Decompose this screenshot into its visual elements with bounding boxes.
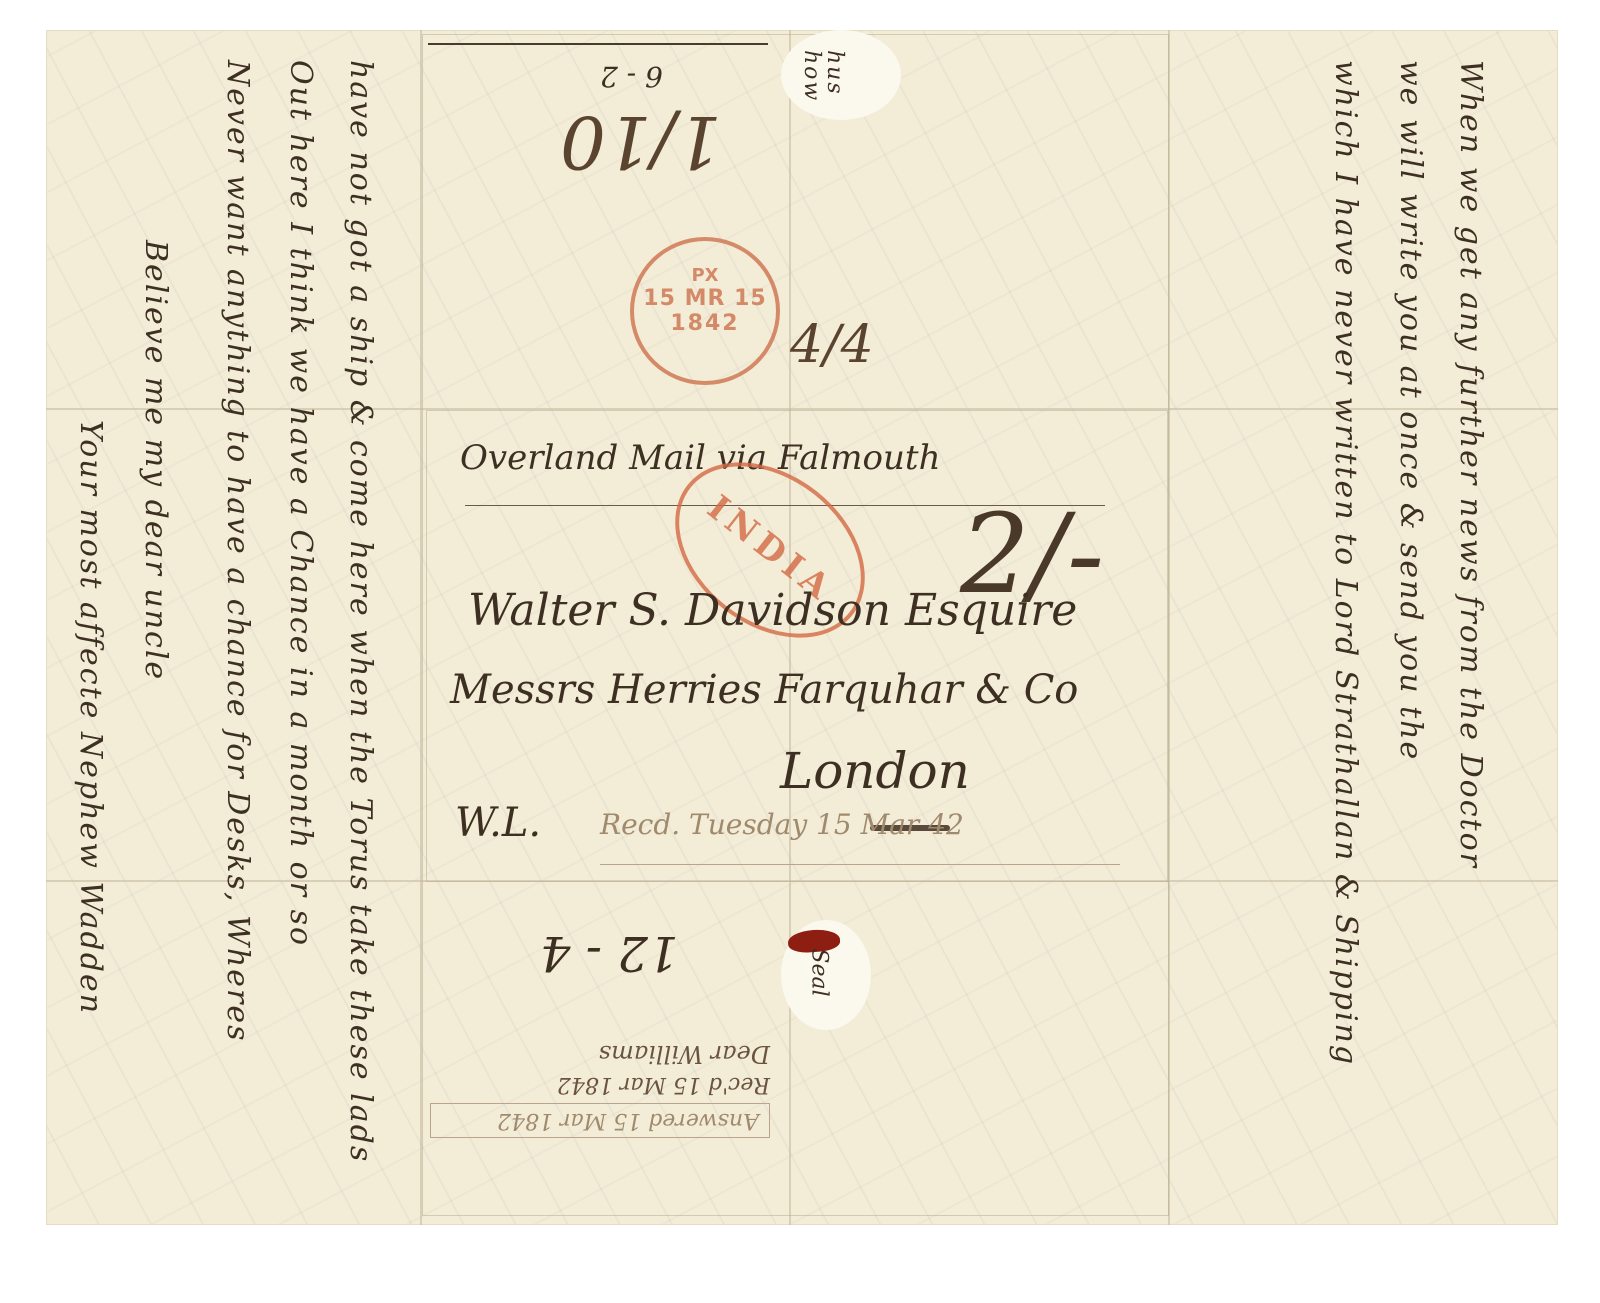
docket-answered: Answered 15 Mar 1842 [430, 1103, 770, 1138]
docket-salutation: Dear Williams [430, 1040, 770, 1068]
top-rate-mark: 1/10 [560, 100, 722, 184]
bottom-figures: 12 - 4 [540, 925, 678, 981]
rate-mark-mid: 4/4 [790, 315, 874, 375]
received-underline [600, 864, 1120, 865]
left-writing-line-2: Out here I think we have a Chance in a m… [285, 60, 315, 947]
fragment-2: how [800, 50, 822, 102]
right-writing-line-3: which I have never written to Lord Strat… [1330, 60, 1360, 1066]
right-writing-line-1: When we get any further news from the Do… [1455, 60, 1485, 869]
circular-datestamp: PX 15 MR 15 1842 [630, 237, 780, 385]
fragment-1: hus [823, 50, 845, 96]
left-writing-signature: Your most affecte Nephew Wadden [75, 420, 105, 1015]
top-rule [428, 43, 768, 45]
right-writing-line-2: we will write you at once & send you the [1395, 60, 1425, 761]
top-small-figures: 6 - 2 [600, 60, 663, 93]
docket-received: Rec'd 15 Mar 1842 [430, 1072, 770, 1097]
docket-upside-down: Answered 15 Mar 1842 Rec'd 15 Mar 1842 D… [430, 1040, 770, 1138]
addressee-name: Walter S. Davidson Esquire [468, 585, 1077, 636]
datestamp-code: PX [634, 265, 776, 286]
datestamp-date: 15 MR 15 [634, 286, 776, 311]
care-of-line: Messrs Herries Farquhar & Co [450, 667, 1078, 713]
received-note: Recd. Tuesday 15 Mar 42 [600, 808, 964, 841]
left-writing-line-1: have not got a ship & come here when the… [345, 60, 375, 1163]
datestamp-year: 1842 [634, 311, 776, 336]
left-writing-line-3: Never want anything to have a chance for… [222, 60, 252, 1042]
initials-mark: W.L. [455, 800, 541, 846]
left-writing-closing: Believe me my dear uncle [140, 240, 170, 681]
seal-mark: Seal [807, 948, 832, 996]
city-line: London [780, 742, 970, 800]
